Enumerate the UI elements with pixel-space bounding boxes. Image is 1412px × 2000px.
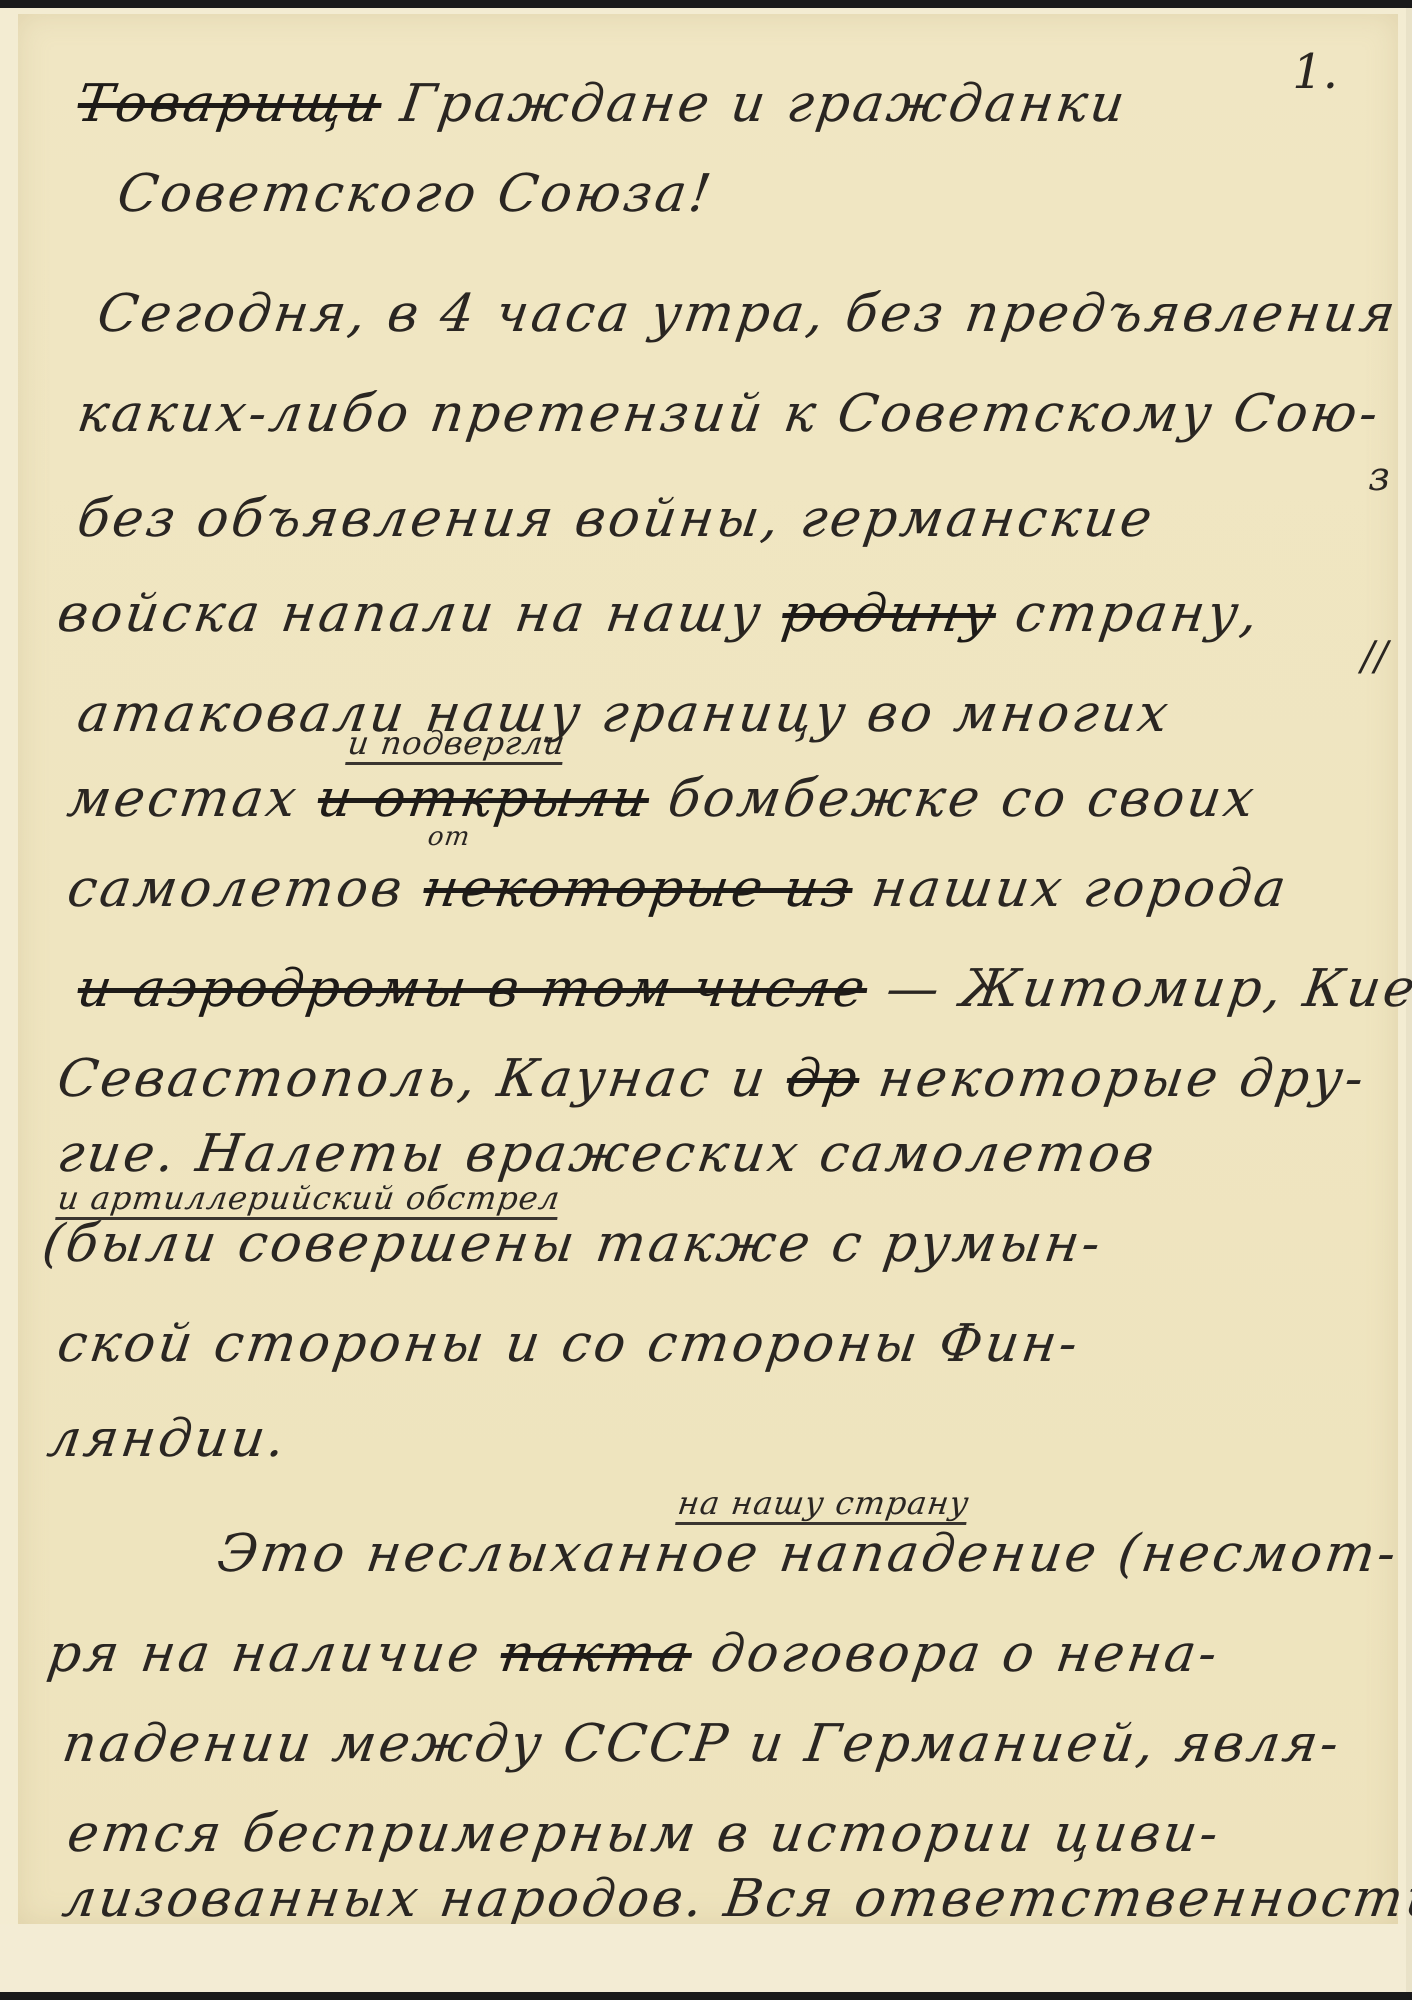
struck-word: родину: [778, 584, 1000, 644]
text-segment: войска напали на нашу: [54, 584, 768, 644]
text-line: самолетов некоторые из наших города: [64, 859, 1293, 919]
text-line: Севастополь, Каунас и др некоторые дру-: [54, 1049, 1370, 1109]
text-segment: — Житомир, Киев,: [883, 959, 1412, 1019]
struck-word: некоторые из: [420, 859, 857, 919]
text-line: ется беспримерным в истории циви-: [64, 1804, 1225, 1864]
text-line: ской стороны и со стороны Фин-: [54, 1314, 1084, 1374]
text-line: лизованных народов. Вся ответственность: [59, 1869, 1412, 1929]
text-line: ря на наличие пакта договора о нена-: [44, 1624, 1224, 1684]
inserted-text: от: [426, 822, 473, 852]
document-frame: 1. Товарищи Граждане и гражданки Советск…: [0, 8, 1412, 1992]
text-segment: Севастополь, Каунас и: [54, 1049, 772, 1109]
text-segment: самолетов: [64, 859, 409, 919]
struck-word: и открыли: [314, 769, 653, 829]
text-line: каких-либо претензий к Советскому Сою-: [74, 384, 1385, 444]
text-line: Это неслыханное нападение (несмот-: [214, 1524, 1403, 1584]
margin-mark: з: [1368, 454, 1390, 500]
text-line: Сегодня, в 4 часа утра, без предъявления: [94, 284, 1402, 344]
text-line: местах и открыли бомбежке со своих: [64, 769, 1261, 829]
text-segment: наших города: [868, 859, 1292, 919]
text-line: (были совершены также с румын-: [39, 1214, 1107, 1274]
text-segment: некоторые дру-: [875, 1049, 1370, 1109]
inserted-text: и подвергли: [345, 724, 568, 765]
struck-word: пакта: [497, 1624, 696, 1684]
text-line: падении между СССР и Германией, явля-: [59, 1714, 1345, 1774]
struck-word: Товарищи: [74, 74, 386, 134]
text-segment: договора о нена-: [707, 1624, 1223, 1684]
text-line: гие. Налеты вражеских самолетов: [54, 1124, 1161, 1184]
salutation-line-2: Советского Союза!: [114, 164, 718, 224]
text-segment: страну,: [1011, 584, 1264, 644]
struck-word: др: [783, 1049, 864, 1109]
salutation-line-1: Товарищи Граждане и гражданки: [74, 74, 1131, 134]
inserted-text: на нашу страну: [675, 1484, 972, 1525]
manuscript-page: 1. Товарищи Граждане и гражданки Советск…: [18, 14, 1398, 1924]
text-segment: местах: [64, 769, 303, 829]
text-line: войска напали на нашу родину страну,: [54, 584, 1265, 644]
text-line: без объявления войны, германские: [74, 489, 1159, 549]
text-segment: ря на наличие: [44, 1624, 486, 1684]
margin-mark: //: [1361, 634, 1388, 680]
text-line: и аэродромы в том числе — Житомир, Киев,: [74, 959, 1412, 1019]
text-line: ляндии.: [44, 1409, 292, 1469]
struck-word: и аэродромы в том числе: [74, 959, 872, 1019]
text-line: атаковали нашу границу во многих: [74, 684, 1175, 744]
page-number: 1.: [1292, 44, 1338, 100]
text-segment: бомбежке со своих: [664, 769, 1260, 829]
salutation-text: Граждане и гражданки: [397, 74, 1131, 134]
page-bottom-margin: [0, 1924, 1406, 1992]
